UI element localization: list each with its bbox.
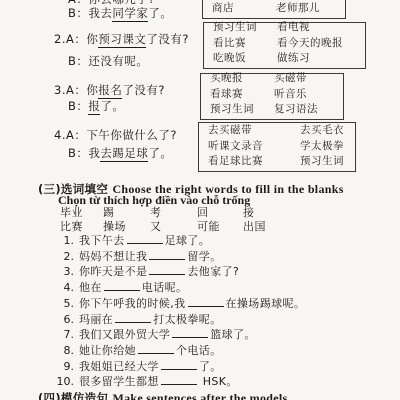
question-text: 去他家了?: [187, 265, 239, 278]
question-text: 玛丽在: [79, 313, 113, 326]
answer-blank[interactable]: [149, 265, 185, 275]
word-box-row: 吃晚饭做练习: [204, 51, 365, 66]
word-box-row: 预习生词看电视: [204, 20, 365, 35]
word-option: 老师那儿: [276, 1, 320, 16]
word-option: 预习生词: [210, 102, 274, 117]
question-text: 了。: [199, 360, 222, 373]
question-item: 3.你昨天是不是去他家了?: [36, 264, 305, 280]
word-bank-word: 接: [243, 206, 255, 220]
word-box-1: 商店老师那儿: [202, 0, 346, 19]
question-text: 个电话。: [176, 344, 222, 357]
question-number: 4.: [36, 280, 74, 296]
word-option: 买晚报: [210, 71, 274, 86]
speaker-label: 4.A：: [54, 128, 86, 142]
dialog-text: 下午你做什么了?: [86, 128, 177, 142]
word-option: 看球赛: [210, 87, 274, 102]
word-box-row: 听课文录音学太极拳: [199, 139, 355, 154]
underlined-words: 报: [88, 99, 100, 115]
question-text: 你下午呼我的时候,我: [79, 297, 186, 310]
dialog-line-4b: B：我去踢足球了。: [68, 146, 172, 160]
speaker-label: B：: [68, 146, 88, 160]
question-list: 1.我下午去足球了。 2.妈妈不想让我留学。 3.你昨天是不是去他家了? 4.他…: [36, 233, 305, 390]
speaker-label: B：: [68, 6, 88, 20]
word-bank-row: 比赛操场又可能出国: [60, 220, 266, 234]
question-text: 你昨天是不是: [79, 265, 147, 278]
question-text: 他在: [79, 281, 102, 294]
word-option: 做练习: [277, 51, 310, 66]
speaker-label: B：: [68, 99, 88, 113]
question-text: 在操场踢球呢。: [226, 297, 306, 310]
question-text: 打太极拳呢。: [153, 313, 221, 326]
dialog-text: 了没有?: [146, 32, 189, 46]
question-item: 1.我下午去足球了。: [36, 233, 305, 249]
dialog-text: 你: [86, 83, 98, 97]
answer-blank[interactable]: [115, 313, 151, 323]
underlined-words: 报名: [98, 83, 122, 99]
dialog-text: 你: [86, 32, 98, 46]
word-bank-word: 操场: [103, 220, 150, 234]
answer-blank[interactable]: [149, 250, 185, 260]
dialog-text: 了没有?: [122, 83, 165, 97]
question-number: 6.: [36, 312, 74, 328]
answer-blank[interactable]: [138, 344, 174, 354]
word-bank: 毕业踢考回接 比赛操场又可能出国: [60, 206, 266, 233]
question-text: 留学。: [187, 250, 221, 263]
word-bank-word: 考: [150, 206, 197, 220]
question-item: 10.很多留学生都想 HSK。: [36, 374, 305, 390]
answer-blank[interactable]: [161, 360, 197, 370]
word-option: 看足球比赛: [208, 154, 300, 169]
question-number: 5.: [36, 296, 74, 312]
dialog-line-3a: 3.A：你报名了没有?: [54, 83, 165, 97]
question-item: 2.妈妈不想让我留学。: [36, 249, 305, 265]
answer-blank[interactable]: [172, 328, 208, 338]
word-option: 复习语法: [274, 102, 318, 117]
word-box-row: 买晚报买磁带: [201, 71, 343, 86]
section4-heading: (四)模仿造句 Make sentences after the models: [38, 390, 287, 400]
word-option: 预习生词: [300, 154, 344, 169]
question-text: 篮球了。: [210, 328, 256, 341]
speaker-label: 2.A：: [54, 32, 86, 46]
question-number: 10.: [36, 374, 74, 390]
dialog-text: 了。: [148, 6, 172, 20]
question-number: 9.: [36, 359, 74, 375]
question-text: 她让你给她: [79, 344, 136, 357]
word-box-row: 去买磁带去买毛衣: [199, 123, 355, 138]
question-number: 1.: [36, 233, 74, 249]
word-box-row: 预习生词复习语法: [201, 102, 343, 117]
question-text: 我姐姐已经大学: [79, 360, 159, 373]
answer-blank[interactable]: [104, 281, 140, 291]
underlined-words: 预习课文: [98, 32, 146, 48]
question-number: 8.: [36, 343, 74, 359]
word-bank-word: 又: [150, 220, 197, 234]
word-option: 看电视: [277, 20, 310, 35]
word-bank-word: 比赛: [60, 220, 103, 234]
word-bank-word: 可能: [197, 220, 243, 234]
question-text: 妈妈不想让我: [79, 250, 147, 263]
answer-blank[interactable]: [127, 234, 163, 244]
word-option: 学太极拳: [300, 139, 344, 154]
word-box-3: 买晚报买磁带 看球赛听音乐 预习生词复习语法: [200, 73, 344, 120]
speaker-label: B：: [68, 54, 88, 68]
dialog-text: 我去: [88, 6, 112, 20]
word-option: 预习生词: [213, 20, 277, 35]
section4-number: (四): [38, 391, 61, 400]
word-box-4: 去买磁带去买毛衣 听课文录音学太极拳 看足球比赛预习生词: [198, 122, 356, 172]
word-option: 商店: [212, 1, 276, 16]
question-text: 电话呢。: [142, 281, 188, 294]
dialog-line-4a: 4.A：下午你做什么了?: [54, 128, 177, 142]
dialog-text: 我: [88, 146, 100, 160]
question-text: 我下午去: [79, 234, 125, 247]
answer-blank[interactable]: [188, 297, 224, 307]
textbook-page: A：你去哪儿了? B：我去同学家了。 2.A：你预习课文了没有? B：还没有呢。…: [0, 0, 400, 400]
dialog-line-2a: 2.A：你预习课文了没有?: [54, 32, 189, 46]
question-item: 6.玛丽在打太极拳呢。: [36, 312, 305, 328]
word-box-row: 看足球比赛预习生词: [199, 154, 355, 169]
word-option: 去买毛衣: [300, 123, 344, 138]
dialog-line-3b: B：报了。: [68, 99, 124, 113]
word-box-row: 商店老师那儿: [203, 1, 345, 16]
word-box-row: 看比赛看今天的晚报: [204, 36, 365, 51]
dialog-text: 了。: [100, 99, 124, 113]
dialog-line-1b: B：我去同学家了。: [68, 6, 172, 20]
question-item: 8.她让你给她个电话。: [36, 343, 305, 359]
underlined-words: 去踢足球: [100, 146, 148, 162]
question-item: 7.我们又跟外贸大学篮球了。: [36, 327, 305, 343]
word-option: 买磁带: [274, 71, 307, 86]
section4-title-cn: 模仿造句: [61, 391, 108, 400]
word-bank-word: 回: [197, 206, 243, 220]
word-option: 听音乐: [274, 87, 307, 102]
word-option: 看比赛: [213, 36, 277, 51]
question-item: 4.他在电话呢。: [36, 280, 305, 296]
word-option: 去买磁带: [208, 123, 300, 138]
section4-title-en: Make sentences after the models: [112, 391, 287, 400]
question-item: 5.你下午呼我的时候,我在操场踢球呢。: [36, 296, 305, 312]
question-text: 足球了。: [165, 234, 211, 247]
answer-blank[interactable]: [161, 375, 197, 385]
underlined-words: 同学家: [112, 6, 148, 22]
word-bank-row: 毕业踢考回接: [60, 206, 266, 220]
word-bank-word: 毕业: [60, 206, 103, 220]
word-box-row: 看球赛听音乐: [201, 87, 343, 102]
word-option: 听课文录音: [208, 139, 300, 154]
question-item: 9.我姐姐已经大学了。: [36, 359, 305, 375]
question-number: 2.: [36, 249, 74, 265]
question-text: 我们又跟外贸大学: [79, 328, 170, 341]
word-option: 看今天的晚报: [277, 36, 343, 51]
question-number: 7.: [36, 327, 74, 343]
dialog-line-2b: B：还没有呢。: [68, 54, 148, 68]
word-bank-word: 出国: [243, 220, 266, 234]
word-option: 吃晚饭: [213, 51, 277, 66]
question-text: 很多留学生都想: [79, 375, 159, 388]
question-text: HSK。: [199, 375, 238, 388]
word-bank-word: 踢: [103, 206, 150, 220]
speaker-label: 3.A：: [54, 83, 86, 97]
word-box-2: 预习生词看电视 看比赛看今天的晚报 吃晚饭做练习: [203, 22, 366, 69]
question-number: 3.: [36, 264, 74, 280]
dialog-text: 还没有呢。: [88, 54, 148, 68]
dialog-text: 了。: [148, 146, 172, 160]
